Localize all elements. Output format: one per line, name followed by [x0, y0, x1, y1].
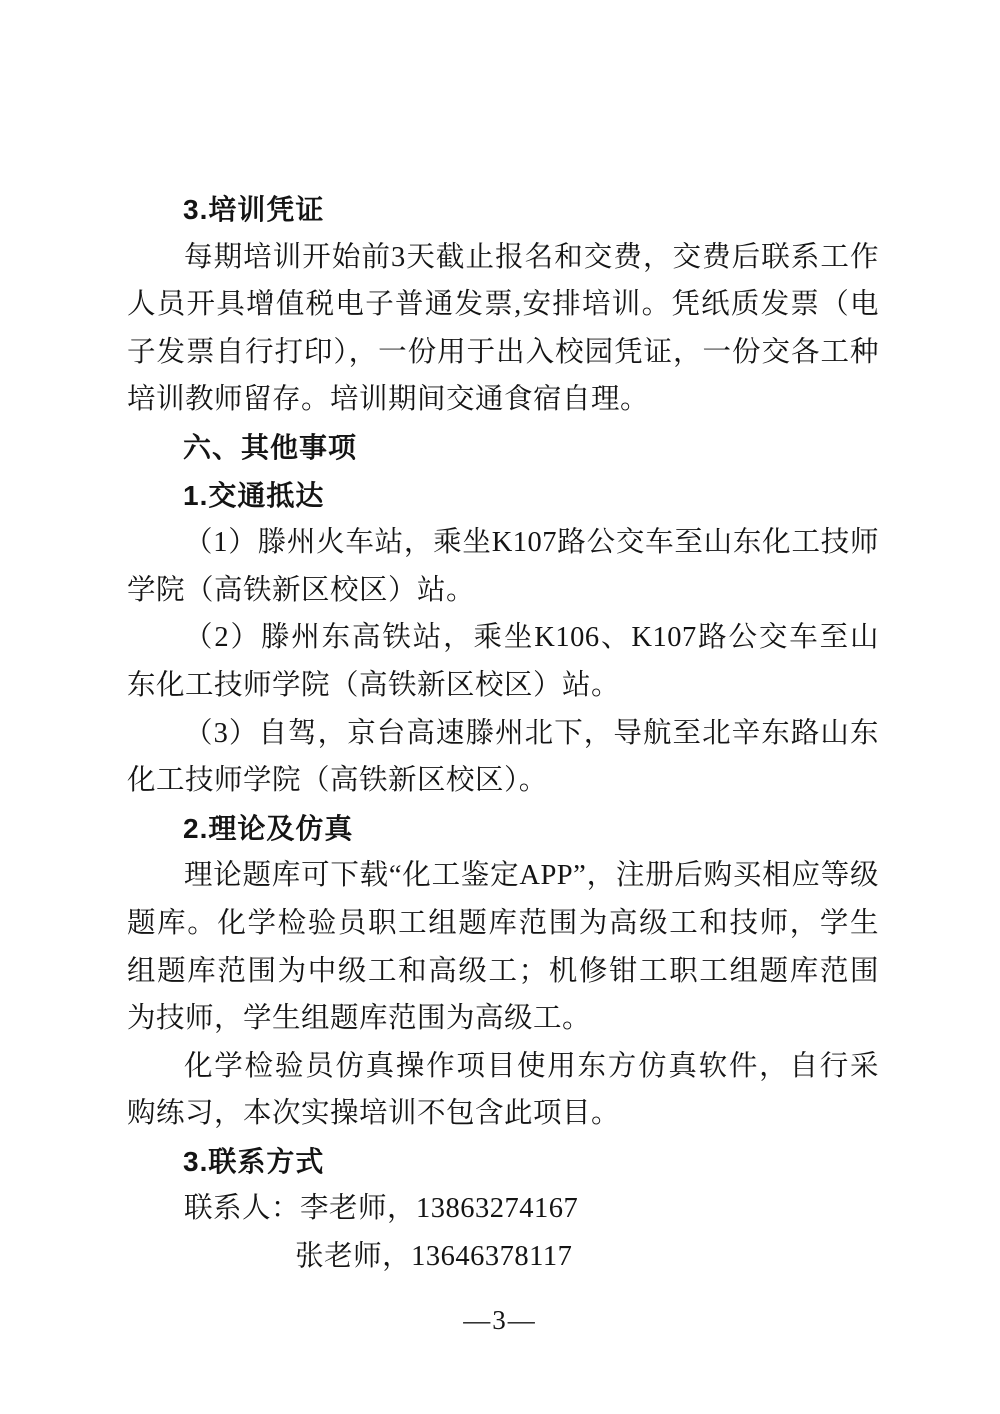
page-number: —3—: [0, 1305, 1000, 1336]
heading-transport: 1.交通抵达: [127, 472, 879, 520]
paragraph-transport-item-3: （3）自驾，京台高速滕州北下，导航至北辛东路山东化工技师学院（高铁新区校区）。: [127, 710, 879, 805]
contact-line-li-teacher: 联系人：李老师，13863274167: [127, 1185, 879, 1233]
heading-contact: 3.联系方式: [127, 1138, 879, 1186]
heading-training-voucher: 3.培训凭证: [127, 186, 879, 234]
contact-line-zhang-teacher: 张老师，13646378117: [127, 1233, 879, 1281]
paragraph-theory-question-bank: 理论题库可下载“化工鉴定APP”，注册后购买相应等级题库。化学检验员职工组题库范…: [127, 852, 879, 1042]
document-content: 3.培训凭证 每期培训开始前3天截止报名和交费，交费后联系工作人员开具增值税电子…: [127, 186, 879, 1281]
paragraph-transport-item-1: （1）滕州火车站，乘坐K107路公交车至山东化工技师学院（高铁新区校区）站。: [127, 519, 879, 614]
heading-theory-simulation: 2.理论及仿真: [127, 805, 879, 853]
document-page: 3.培训凭证 每期培训开始前3天截止报名和交费，交费后联系工作人员开具增值税电子…: [0, 0, 1000, 1414]
paragraph-transport-item-2: （2）滕州东高铁站，乘坐K106、K107路公交车至山东化工技师学院（高铁新区校…: [127, 614, 879, 709]
paragraph-training-voucher: 每期培训开始前3天截止报名和交费，交费后联系工作人员开具增值税电子普通发票,安排…: [127, 234, 879, 424]
paragraph-simulation-software: 化学检验员仿真操作项目使用东方仿真软件，自行采购练习，本次实操培训不包含此项目。: [127, 1043, 879, 1138]
heading-other-matters: 六、其他事项: [127, 424, 879, 472]
